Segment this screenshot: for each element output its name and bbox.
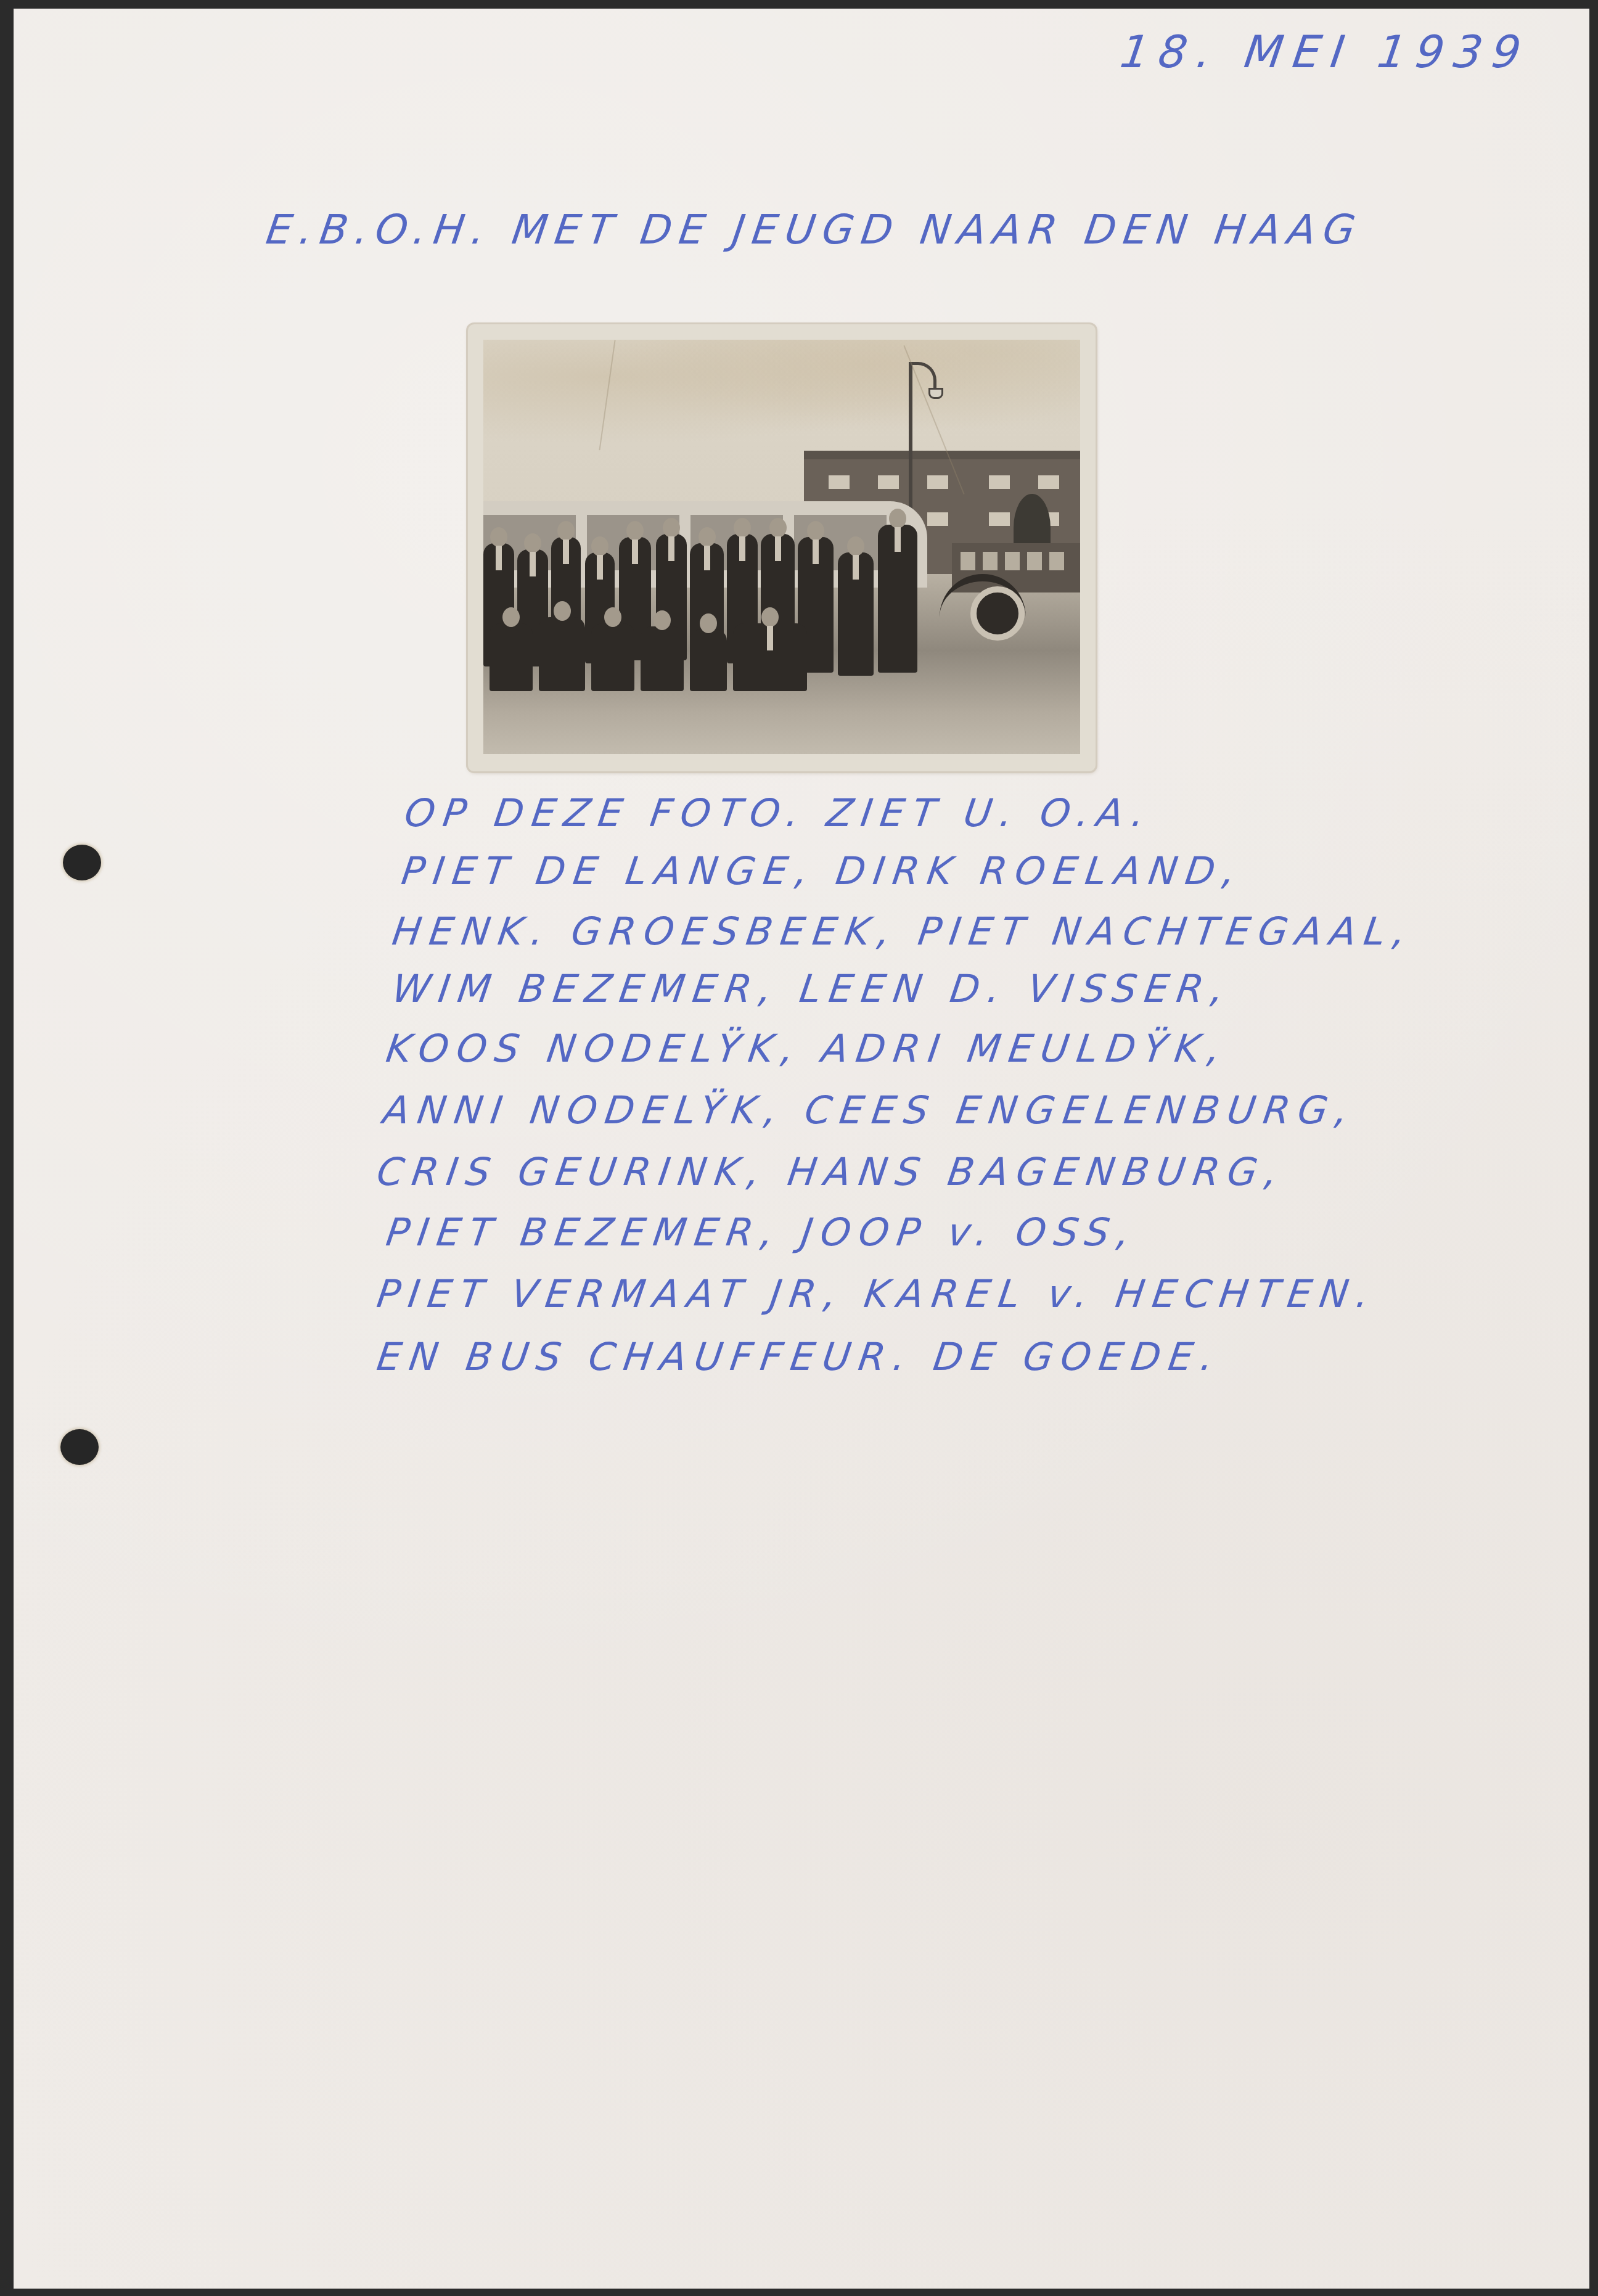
caption-line: OP DEZE FOTO. ZIET U. O.A. xyxy=(402,790,1155,835)
album-page: 18. MEI 1939 E.B.O.H. MET DE JEUGD NAAR … xyxy=(14,9,1589,2289)
caption-line: EN BUS CHAUFFEUR. DE GOEDE. xyxy=(374,1334,1224,1379)
punch-hole-lower xyxy=(60,1429,99,1465)
page-title: E.B.O.H. MET DE JEUGD NAAR DEN HAAG xyxy=(263,206,1366,253)
punch-hole-upper xyxy=(63,845,101,880)
group-photograph xyxy=(468,324,1096,771)
caption-line: WIM BEZEMER, LEEN D. VISSER, xyxy=(390,966,1235,1011)
caption-line: PIET DE LANGE, DIRK ROELAND, xyxy=(399,848,1247,893)
group-of-people xyxy=(483,525,952,710)
water-stain xyxy=(483,340,1080,463)
photo-image xyxy=(483,340,1080,754)
caption-line: CRIS GEURINK, HANS BAGENBURG, xyxy=(374,1149,1289,1194)
car-wheel xyxy=(970,586,1025,641)
caption-line: KOOS NODELŸK, ADRI MEULDŸK, xyxy=(383,1026,1231,1071)
page-date: 18. MEI 1939 xyxy=(1117,26,1534,78)
caption-line: PIET VERMAAT JR, KAREL v. HECHTEN. xyxy=(374,1271,1380,1316)
caption-line: PIET BEZEMER, JOOP v. OSS, xyxy=(383,1210,1141,1255)
caption-line: HENK. GROESBEEK, PIET NACHTEGAAL, xyxy=(390,909,1417,954)
caption-line: ANNI NODELŸK, CEES ENGELENBURG, xyxy=(380,1088,1359,1133)
